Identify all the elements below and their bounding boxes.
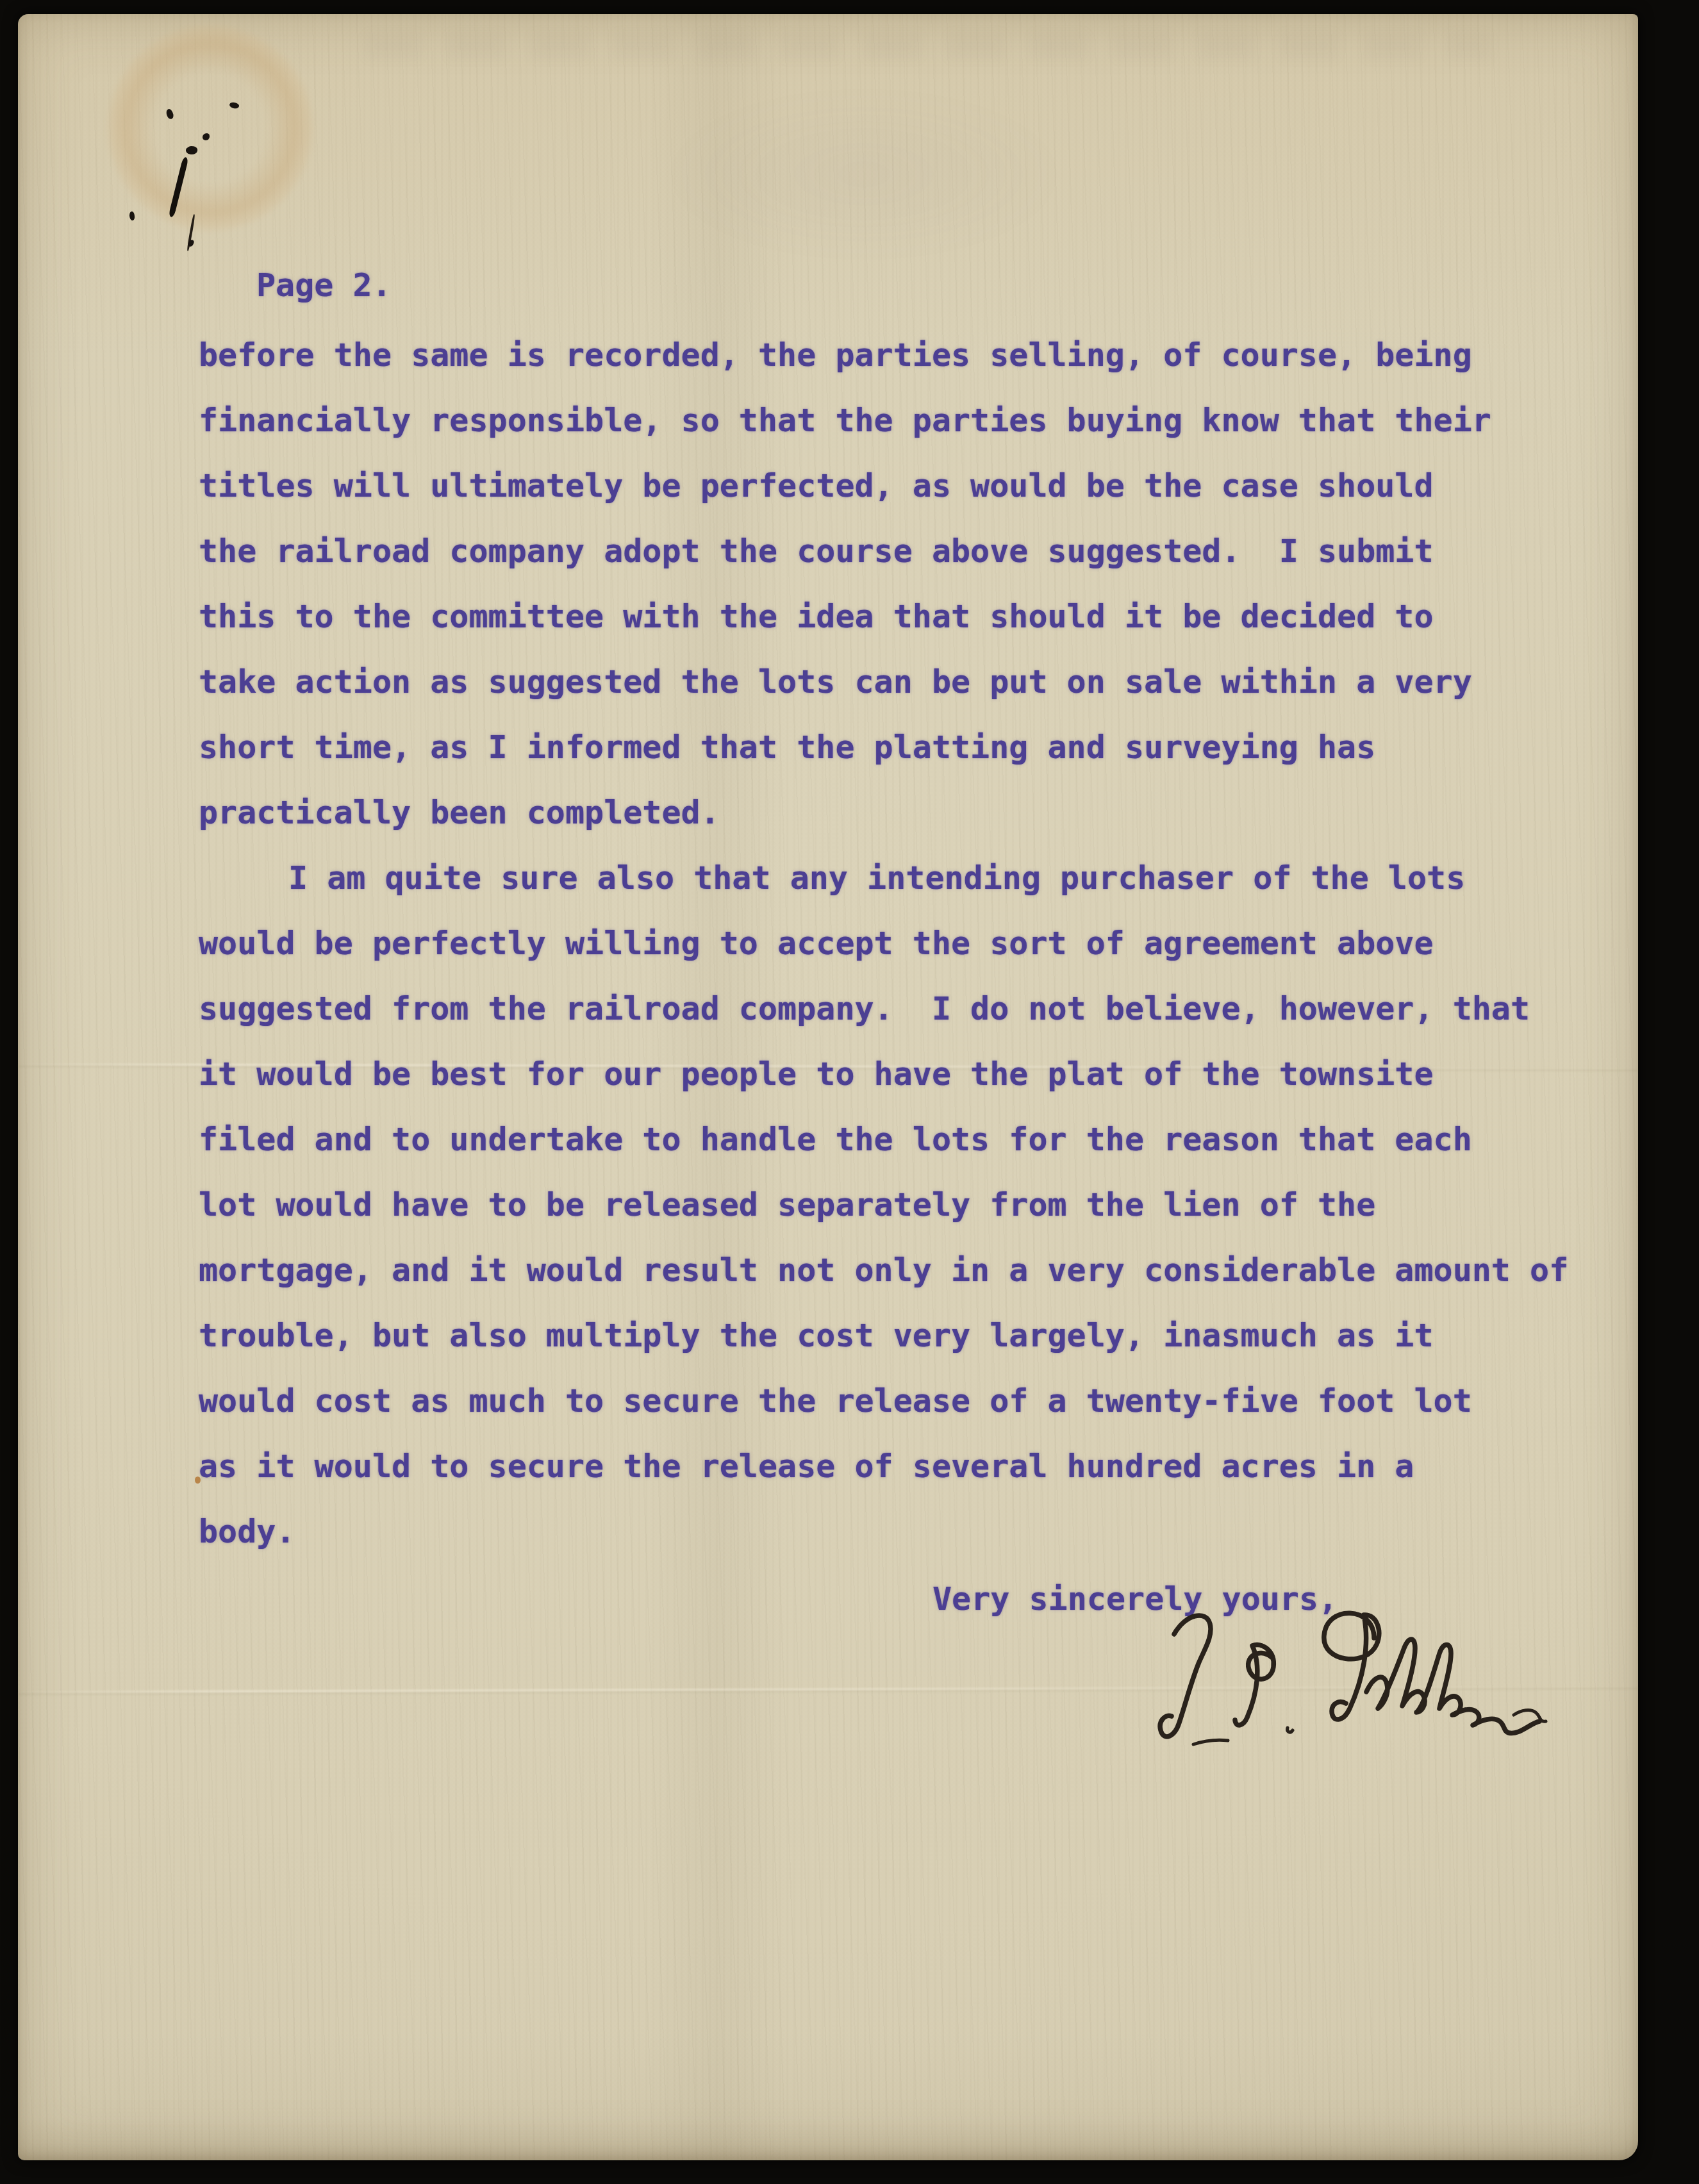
scanned-letter-scene: Page 2. before the same is recorded, the…	[0, 0, 1699, 2184]
signature	[1132, 1596, 1555, 1756]
letter-paragraph-1: before the same is recorded, the parties…	[199, 322, 1618, 845]
letter-paper: Page 2. before the same is recorded, the…	[18, 14, 1638, 2160]
letter-paragraph-2: I am quite sure also that any intending …	[199, 845, 1618, 1564]
letter-body: before the same is recorded, the parties…	[199, 322, 1618, 1564]
stain-ring	[108, 26, 313, 231]
bleed-through-letterhead-ghost	[364, 32, 1492, 60]
paper-damage-mark	[129, 211, 136, 220]
page-number-label: Page 2.	[256, 252, 392, 318]
